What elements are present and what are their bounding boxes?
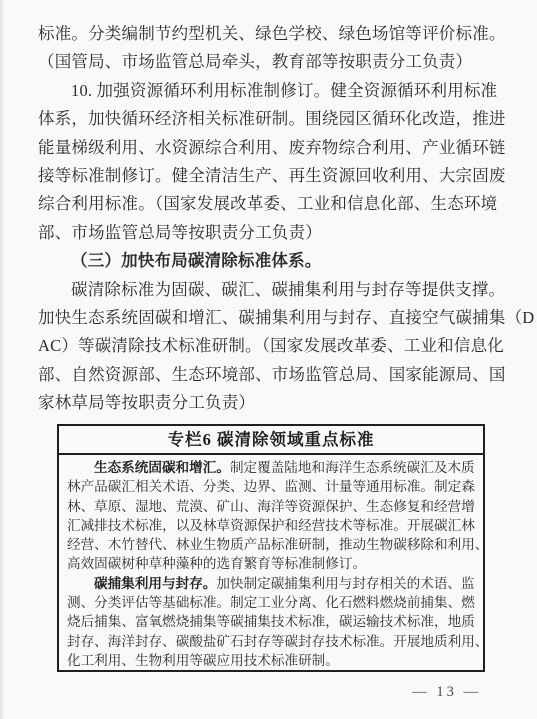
- box-text-line: 化工利用、生物利用等碳应用技术标准研制。: [67, 651, 475, 670]
- box-line-text: 林产品碳汇相关术语、分类、边界、监测、计量等通用标准。制定森: [67, 479, 475, 494]
- box-line-lead: 碳捕集利用与封存。: [94, 576, 216, 591]
- body-text-line: 综合利用标准。（国家发展改革委、工业和信息化部、生态环境: [38, 190, 502, 218]
- body-text-line: 能量梯级利用、水资源综合利用、废弃物综合利用、产业循环链: [38, 134, 502, 162]
- box-line-text: 加快制定碳捕集利用与封存相关的术语、监: [216, 576, 474, 591]
- body-text-block: 标准。分类编制节约型机关、绿色学校、绿色场馆等评价标准。（国管局、市场监管总局牵…: [38, 20, 502, 418]
- box-body: 生态系统固碳和增汇。制定覆盖陆地和海洋生态系统碳汇及木质林产品碳汇相关术语、分类…: [59, 455, 483, 672]
- box-line-text: 烧后捕集、富氧燃烧捕集等碳捕集技术标准，碳运输技术标准，地质: [67, 614, 475, 629]
- box-text-line: 生态系统固碳和增汇。制定覆盖陆地和海洋生态系统碳汇及木质: [67, 458, 475, 477]
- body-text-line: 加快生态系统固碳和增汇、碳捕集利用与封存、直接空气碳捕集（D: [38, 304, 502, 332]
- box-title: 专栏6 碳清除领域重点标准: [59, 426, 483, 455]
- body-text-line: AC）等碳清除技术标准研制。（国家发展改革委、工业和信息化: [38, 332, 502, 360]
- body-text-line: 碳清除标准为固碳、碳汇、碳捕集利用与封存等提供支撑。: [38, 276, 502, 304]
- body-text-line: 部、自然资源部、生态环境部、市场监管总局、国家能源局、国: [38, 361, 502, 389]
- box-text-line: 碳捕集利用与封存。加快制定碳捕集利用与封存相关的术语、监: [67, 574, 475, 593]
- body-text-line: （三）加快布局碳清除标准体系。: [38, 247, 502, 275]
- box-line-text: 汇减排技术标准，以及林草资源保护和经营技术等标准。开展碳汇林: [67, 518, 475, 533]
- scan-edge-shadow: [0, 0, 4, 719]
- box-line-text: 经营、木竹替代、林业生物质产品标准研制，推动生物碳移除和利用、: [67, 537, 485, 552]
- body-text-line: 部、市场监管总局等按职责分工负责）: [38, 219, 502, 247]
- box-line-text: 制定覆盖陆地和海洋生态系统碳汇及木质: [230, 460, 475, 475]
- box-text-line: 烧后捕集、富氧燃烧捕集等碳捕集技术标准，碳运输技术标准，地质: [67, 612, 475, 631]
- body-text-line: 家林草局等按职责分工负责）: [38, 389, 502, 417]
- box-text-line: 林、草原、湿地、荒漠、矿山、海洋等资源保护、生态修复和经营增: [67, 497, 475, 516]
- page-number: — 13 —: [412, 684, 481, 701]
- box-text-line: 测、分类评估等基础标准。制定工业分离、化石燃料燃烧前捕集、燃: [67, 593, 475, 612]
- box-text-line: 经营、木竹替代、林业生物质产品标准研制，推动生物碳移除和利用、: [67, 535, 475, 554]
- box-line-text: 高效固碳树种草种藻种的选育繁育等标准制修订。: [67, 556, 366, 571]
- box-line-lead: 生态系统固碳和增汇。: [94, 460, 230, 475]
- box-text-line: 高效固碳树种草种藻种的选育繁育等标准制修订。: [67, 554, 475, 573]
- box-line-text: 测、分类评估等基础标准。制定工业分离、化石燃料燃烧前捕集、燃: [67, 595, 475, 610]
- box-line-text: 林、草原、湿地、荒漠、矿山、海洋等资源保护、生态修复和经营增: [67, 499, 475, 514]
- document-page: 标准。分类编制节约型机关、绿色学校、绿色场馆等评价标准。（国管局、市场监管总局牵…: [0, 0, 537, 719]
- body-text-line: 接等标准制修订。健全清洁生产、再生资源回收利用、大宗固废: [38, 162, 502, 190]
- box-text-line: 林产品碳汇相关术语、分类、边界、监测、计量等通用标准。制定森: [67, 477, 475, 496]
- body-text-line: （国管局、市场监管总局牵头，教育部等按职责分工负责）: [38, 48, 502, 76]
- highlight-box: 专栏6 碳清除领域重点标准 生态系统固碳和增汇。制定覆盖陆地和海洋生态系统碳汇及…: [57, 424, 485, 672]
- body-text-line: 标准。分类编制节约型机关、绿色学校、绿色场馆等评价标准。: [38, 20, 502, 48]
- box-text-line: 封存、海洋封存、碳酸盐矿石封存等碳封存技术标准。开展地质利用、: [67, 632, 475, 651]
- body-text-line: 10. 加强资源循环利用标准制修订。健全资源循环利用标准: [38, 77, 502, 105]
- box-line-text: 封存、海洋封存、碳酸盐矿石封存等碳封存技术标准。开展地质利用、: [67, 634, 485, 649]
- box-text-line: 汇减排技术标准，以及林草资源保护和经营技术等标准。开展碳汇林: [67, 516, 475, 535]
- body-text-line: 体系，加快循环经济相关标准研制。围绕园区循环化改造，推进: [38, 105, 502, 133]
- box-line-text: 化工利用、生物利用等碳应用技术标准研制。: [67, 653, 339, 668]
